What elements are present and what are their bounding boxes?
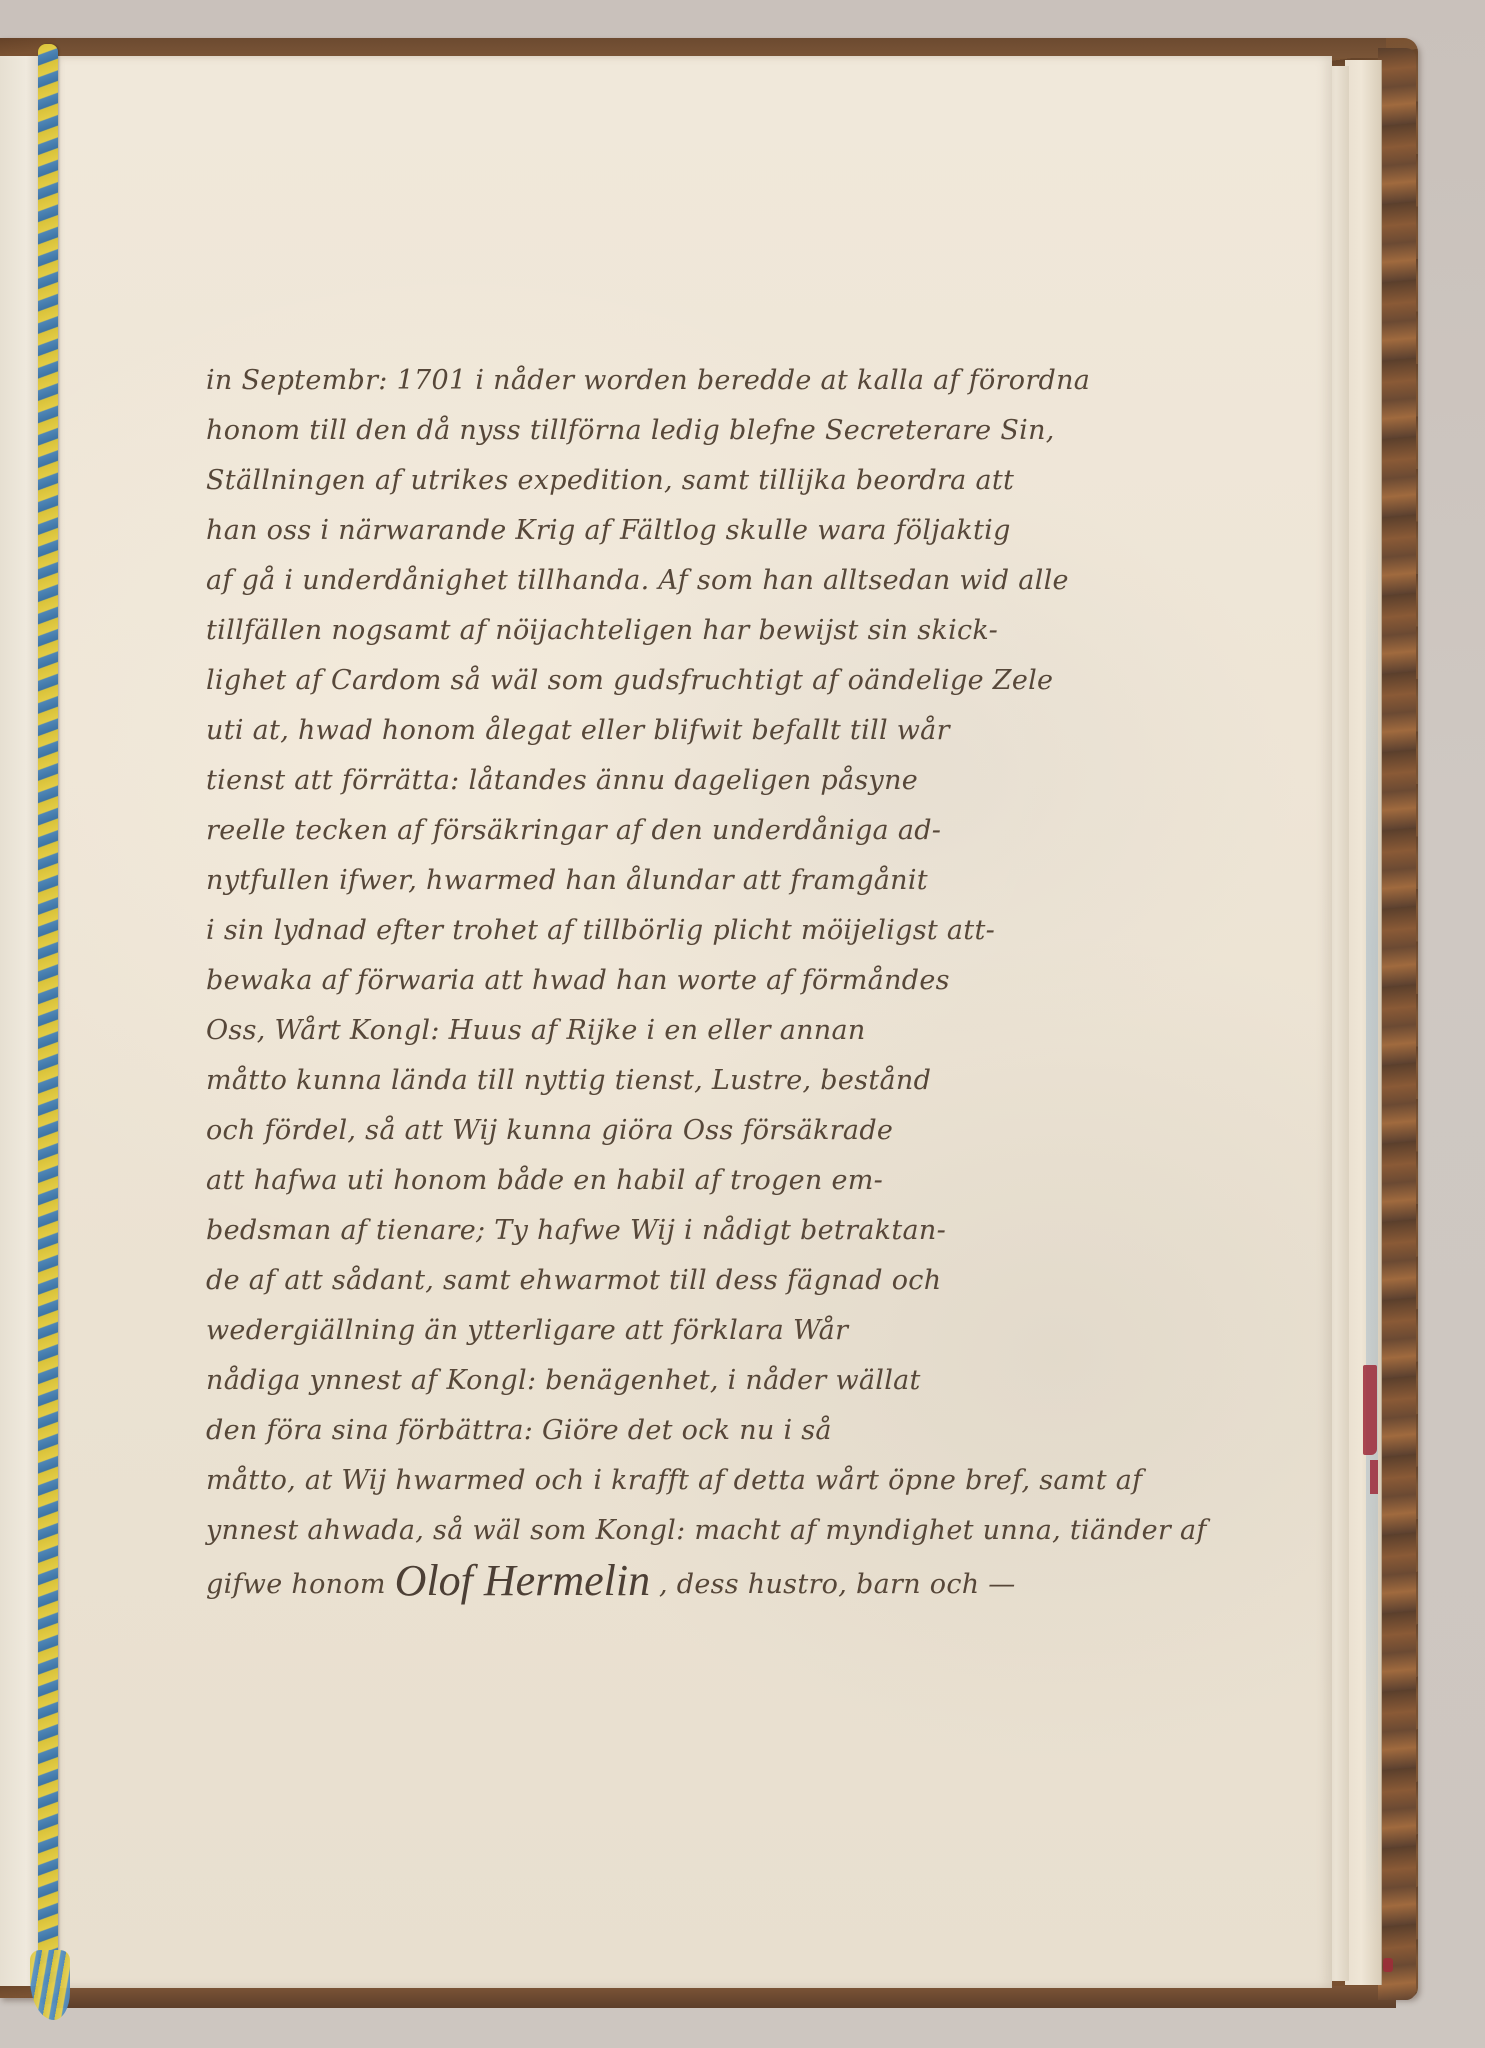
text-line: bedsman af tienare; Ty hafwe Wij i nådig… (206, 1206, 1106, 1256)
text-line: uti at, hwad honom ålegat eller blifwit … (206, 706, 1106, 756)
text-line: wedergiällning än ytterligare att förkla… (206, 1306, 1106, 1356)
signature-line-suffix: , dess hustro, barn och — (659, 1569, 1016, 1600)
cover-bottom-edge (56, 1986, 1396, 2008)
text-line: nytfullen ifwer, hwarmed han ålundar att… (206, 856, 1106, 906)
text-line: nådiga ynnest af Kongl: benägenhet, i nå… (206, 1356, 1106, 1406)
cover-top-edge (56, 38, 1386, 58)
text-line: reelle tecken af försäkringar af den und… (206, 806, 1106, 856)
text-line: måtto, at Wij hwarmed och i krafft af de… (206, 1456, 1106, 1506)
text-line: och fördel, så att Wij kunna giöra Oss f… (206, 1106, 1106, 1156)
text-line: ynnest ahwada, så wäl som Kongl: macht a… (206, 1506, 1106, 1556)
text-line: Ställningen af utrikes expedition, samt … (206, 456, 1106, 506)
text-line: honom till den då nyss tillförna ledig b… (206, 406, 1106, 456)
signature-line: gifwe honom Olof Hermelin , dess hustro,… (206, 1556, 1106, 1606)
text-line: han oss i närwarande Krig af Fältlog sku… (206, 506, 1106, 556)
text-line: de af att sådant, samt ehwarmot till des… (206, 1256, 1106, 1306)
red-endpaper-mark-small (1370, 1460, 1378, 1494)
red-library-stamp (1383, 1958, 1393, 1972)
text-line: Oss, Wårt Kongl: Huus af Rijke i en elle… (206, 1006, 1106, 1056)
bookmark-cord (38, 44, 58, 2004)
signature-name: Olof Hermelin (395, 1556, 650, 1605)
text-line: af gå i underdånighet tillhanda. Af som … (206, 556, 1106, 606)
signature-line-prefix: gifwe honom (206, 1569, 386, 1600)
text-line: tienst att förrätta: låtandes ännu dagel… (206, 756, 1106, 806)
handwritten-text-block: in Septembr: 1701 i nåder worden beredde… (206, 356, 1106, 1606)
cover-right-edge (1378, 48, 1416, 2000)
manuscript-page: in Septembr: 1701 i nåder worden beredde… (56, 56, 1332, 1988)
text-line: i sin lydnad efter trohet af tillbörlig … (206, 906, 1106, 956)
red-endpaper-mark (1363, 1365, 1377, 1455)
text-line: bewaka af förwaria att hwad han worte af… (206, 956, 1106, 1006)
text-line: måtto kunna lända till nyttig tienst, Lu… (206, 1056, 1106, 1106)
text-line: den föra sina förbättra: Giöre det ock n… (206, 1406, 1106, 1456)
text-line: in Septembr: 1701 i nåder worden beredde… (206, 356, 1106, 406)
endpaper-marbling (1366, 520, 1378, 1940)
text-line: att hafwa uti honom både en habil af tro… (206, 1156, 1106, 1206)
text-line: lighet af Cardom så wäl som gudsfruchtig… (206, 656, 1106, 706)
text-line: tillfällen nogsamt af nöijachteligen har… (206, 606, 1106, 656)
